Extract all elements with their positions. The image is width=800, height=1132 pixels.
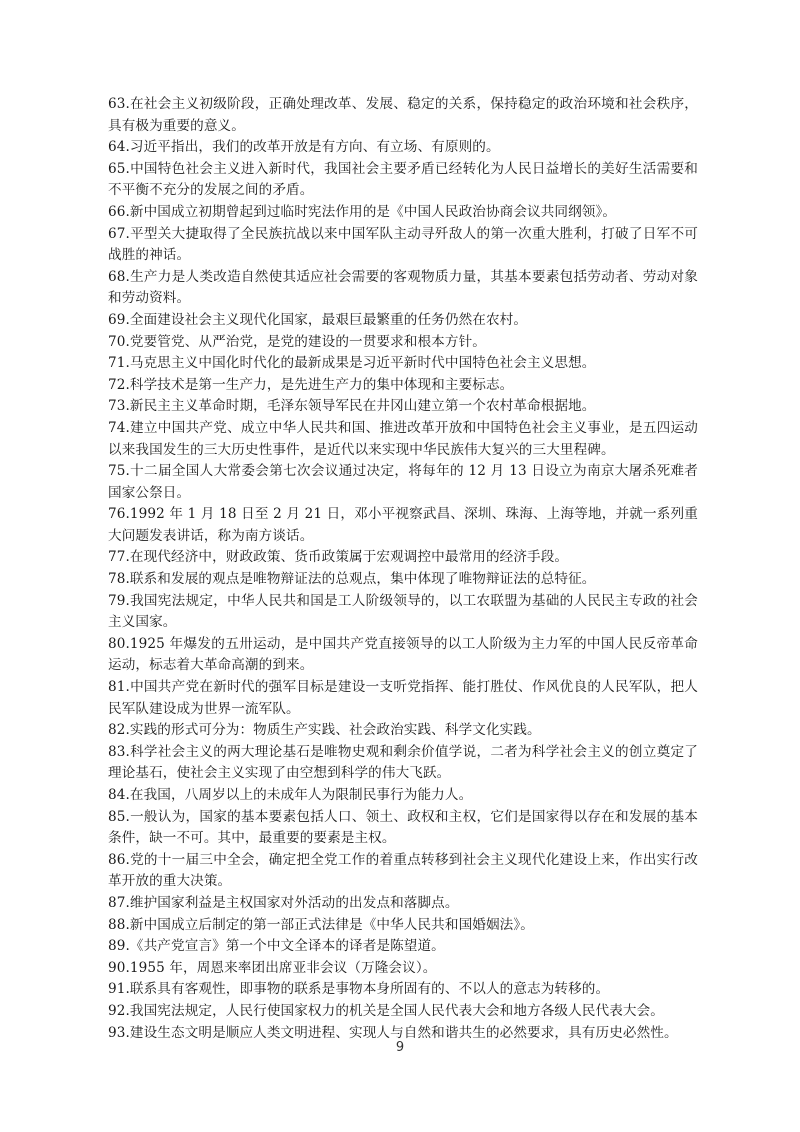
list-item: 89.《共产党宣言》第一个中文全译本的译者是陈望道。	[108, 936, 698, 958]
list-item: 90.1955 年，周恩来率团出席亚非会议（万隆会议）。	[108, 958, 698, 980]
list-item: 78.联系和发展的观点是唯物辩证法的总观点，集中体现了唯物辩证法的总特征。	[108, 569, 698, 591]
list-item: 91.联系具有客观性，即事物的联系是事物本身所固有的、不以人的意志为转移的。	[108, 979, 698, 1001]
list-item: 72.科学技术是第一生产力，是先进生产力的集中体现和主要标志。	[108, 375, 698, 397]
page-number: 9	[0, 1040, 800, 1055]
list-item: 87.维护国家利益是主权国家对外活动的出发点和落脚点。	[108, 893, 698, 915]
list-item: 65.中国特色社会主义进入新时代，我国社会主要矛盾已经转化为人民日益增长的美好生…	[108, 159, 698, 202]
list-item: 81.中国共产党在新时代的强军目标是建设一支听党指挥、能打胜仗、作风优良的人民军…	[108, 677, 698, 720]
list-item: 66.新中国成立初期曾起到过临时宪法作用的是《中国人民政治协商会议共同纲领》。	[108, 202, 698, 224]
list-item: 68.生产力是人类改造自然使其适应社会需要的客观物质力量，其基本要素包括劳动者、…	[108, 267, 698, 310]
list-item: 85.一般认为，国家的基本要素包括人口、领土、政权和主权，它们是国家得以存在和发…	[108, 807, 698, 850]
list-item: 92.我国宪法规定，人民行使国家权力的机关是全国人民代表大会和地方各级人民代表大…	[108, 1001, 698, 1023]
list-item: 86.党的十一届三中全会，确定把全党工作的着重点转移到社会主义现代化建设上来，作…	[108, 850, 698, 893]
list-item: 71.马克思主义中国化时代化的最新成果是习近平新时代中国特色社会主义思想。	[108, 353, 698, 375]
list-item: 77.在现代经济中，财政政策、货币政策属于宏观调控中最常用的经济手段。	[108, 547, 698, 569]
list-item: 74.建立中国共产党、成立中华人民共和国、推进改革开放和中国特色社会主义事业，是…	[108, 418, 698, 461]
list-item: 79.我国宪法规定，中华人民共和国是工人阶级领导的，以工农联盟为基础的人民民主专…	[108, 591, 698, 634]
list-item: 64.习近平指出，我们的改革开放是有方向、有立场、有原则的。	[108, 137, 698, 159]
list-item: 83.科学社会主义的两大理论基石是唯物史观和剩余价值学说，二者为科学社会主义的创…	[108, 742, 698, 785]
list-item: 80.1925 年爆发的五卅运动，是中国共产党直接领导的以工人阶级为主力军的中国…	[108, 634, 698, 677]
list-item: 75.十二届全国人大常委会第七次会议通过决定，将每年的 12 月 13 日设立为…	[108, 461, 698, 504]
list-item: 88.新中国成立后制定的第一部正式法律是《中华人民共和国婚姻法》。	[108, 915, 698, 937]
list-item: 63.在社会主义初级阶段，正确处理改革、发展、稳定的关系，保持稳定的政治环境和社…	[108, 94, 698, 137]
list-item: 82.实践的形式可分为：物质生产实践、社会政治实践、科学文化实践。	[108, 720, 698, 742]
list-item: 84.在我国，八周岁以上的未成年人为限制民事行为能力人。	[108, 785, 698, 807]
list-item: 67.平型关大捷取得了全民族抗战以来中国军队主动寻歼敌人的第一次重大胜利，打破了…	[108, 224, 698, 267]
document-body: 63.在社会主义初级阶段，正确处理改革、发展、稳定的关系，保持稳定的政治环境和社…	[108, 94, 698, 1044]
list-item: 70.党要管党、从严治党，是党的建设的一贯要求和根本方针。	[108, 332, 698, 354]
list-item: 73.新民主主义革命时期，毛泽东领导军民在井冈山建立第一个农村革命根据地。	[108, 396, 698, 418]
list-item: 69.全面建设社会主义现代化国家，最艰巨最繁重的任务仍然在农村。	[108, 310, 698, 332]
list-item: 76.1992 年 1 月 18 日至 2 月 21 日，邓小平视察武昌、深圳、…	[108, 504, 698, 547]
